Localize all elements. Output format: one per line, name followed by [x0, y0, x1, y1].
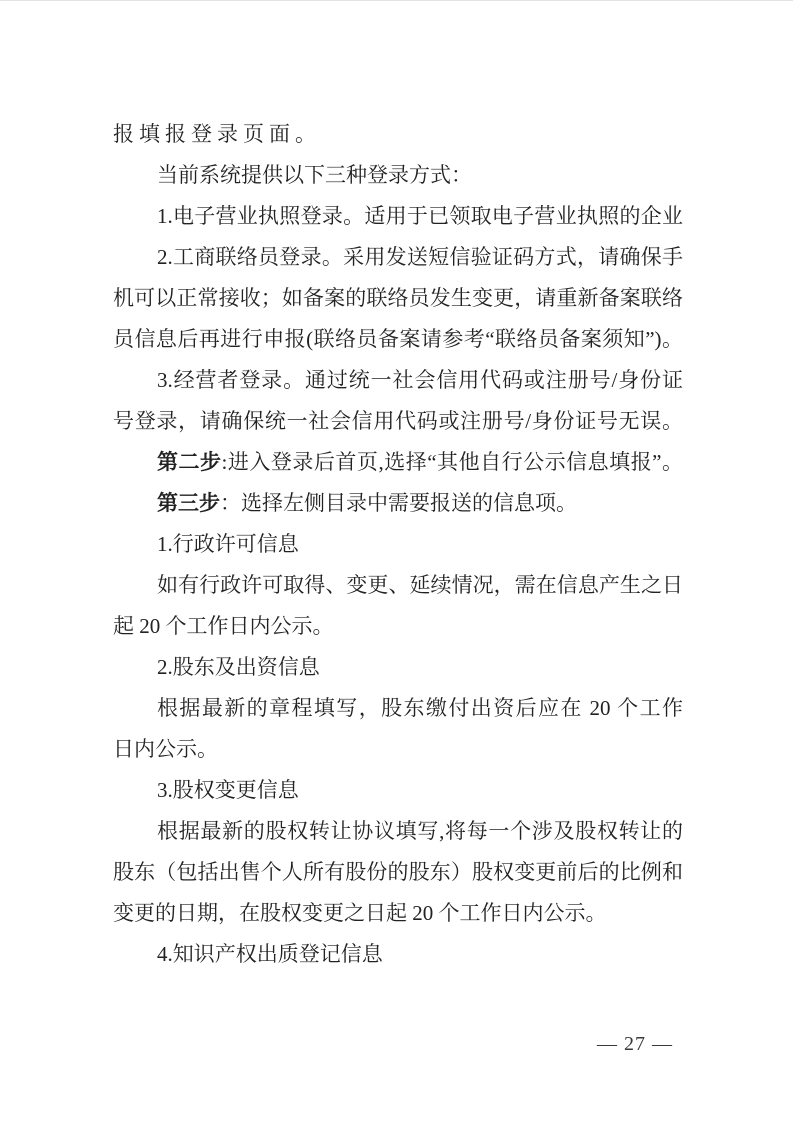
line-text: 当前系统提供以下三种登录方式： [157, 163, 472, 187]
line-text: ：选择左侧目录中需要报送的信息项。 [220, 491, 577, 515]
step-3-label: 第三步 [157, 491, 220, 515]
line-text: 报填报登录页面。 [113, 122, 321, 146]
text-line: 变更的日期，在股权变更之日起 20 个工作日内公示。 [113, 893, 683, 934]
document-body: 报填报登录页面。 当前系统提供以下三种登录方式： 1.电子营业执照登录。适用于已… [113, 114, 683, 975]
item-4-title: 4.知识产权出质登记信息 [113, 934, 683, 975]
text-line: 员信息后再进行申报(联络员备案请参考“联络员备案须知”)。 [113, 319, 683, 360]
line-text: 根据最新的股权转让协议填写,将每一个涉及股权转让的 [157, 819, 683, 843]
step-2-label: 第二步 [157, 450, 222, 474]
text-line: 机可以正常接收；如备案的联络员发生变更，请重新备案联络 [113, 278, 683, 319]
document-page: 报填报登录页面。 当前系统提供以下三种登录方式： 1.电子营业执照登录。适用于已… [0, 0, 793, 1122]
text-line: 股东（包括出售个人所有股份的股东）股权变更前后的比例和 [113, 852, 683, 893]
line-text: 员信息后再进行申报(联络员备案请参考“联络员备案须知”)。 [113, 327, 683, 351]
page-number: — 27 — [597, 1030, 673, 1058]
line-text: :进入登录后首页,选择“其他自行公示信息填报”。 [222, 450, 683, 474]
line-text: 2.股东及出资信息 [157, 655, 320, 679]
text-line: 号登录，请确保统一社会信用代码或注册号/身份证号无误。 [113, 401, 683, 442]
line-text: 根据最新的章程填写，股东缴付出资后应在 20 个工作 [157, 696, 683, 720]
line-text: 变更的日期，在股权变更之日起 20 个工作日内公示。 [113, 901, 607, 925]
text-line: 3.经营者登录。通过统一社会信用代码或注册号/身份证 [113, 360, 683, 401]
line-text: 1.行政许可信息 [157, 532, 299, 556]
text-line: 报填报登录页面。 [113, 114, 683, 155]
scan-edge-artifact [0, 0, 793, 1]
item-3-title: 3.股权变更信息 [113, 770, 683, 811]
line-text: 号登录，请确保统一社会信用代码或注册号/身份证号无误。 [113, 409, 683, 433]
step-2-line: 第二步:进入登录后首页,选择“其他自行公示信息填报”。 [113, 442, 683, 483]
text-line: 当前系统提供以下三种登录方式： [113, 155, 683, 196]
step-3-line: 第三步：选择左侧目录中需要报送的信息项。 [113, 483, 683, 524]
text-line: 2.工商联络员登录。采用发送短信验证码方式，请确保手 [113, 237, 683, 278]
line-text: 机可以正常接收；如备案的联络员发生变更，请重新备案联络 [113, 286, 683, 310]
item-2-title: 2.股东及出资信息 [113, 647, 683, 688]
item-1-title: 1.行政许可信息 [113, 524, 683, 565]
line-text: 股东（包括出售个人所有股份的股东）股权变更前后的比例和 [113, 860, 683, 884]
text-line: 日内公示。 [113, 729, 683, 770]
line-text: 起 20 个工作日内公示。 [113, 614, 334, 638]
line-text: 1.电子营业执照登录。适用于已领取电子营业执照的企业 [157, 204, 683, 228]
text-line: 根据最新的章程填写，股东缴付出资后应在 20 个工作 [113, 688, 683, 729]
text-line: 根据最新的股权转让协议填写,将每一个涉及股权转让的 [113, 811, 683, 852]
line-text: 3.股权变更信息 [157, 778, 299, 802]
line-text: 日内公示。 [113, 737, 218, 761]
line-text: 3.经营者登录。通过统一社会信用代码或注册号/身份证 [157, 368, 683, 392]
text-line: 1.电子营业执照登录。适用于已领取电子营业执照的企业 [113, 196, 683, 237]
line-text: 2.工商联络员登录。采用发送短信验证码方式，请确保手 [157, 245, 683, 269]
line-text: 4.知识产权出质登记信息 [157, 942, 383, 966]
line-text: 如有行政许可取得、变更、延续情况，需在信息产生之日 [157, 573, 683, 597]
text-line: 起 20 个工作日内公示。 [113, 606, 683, 647]
text-line: 如有行政许可取得、变更、延续情况，需在信息产生之日 [113, 565, 683, 606]
